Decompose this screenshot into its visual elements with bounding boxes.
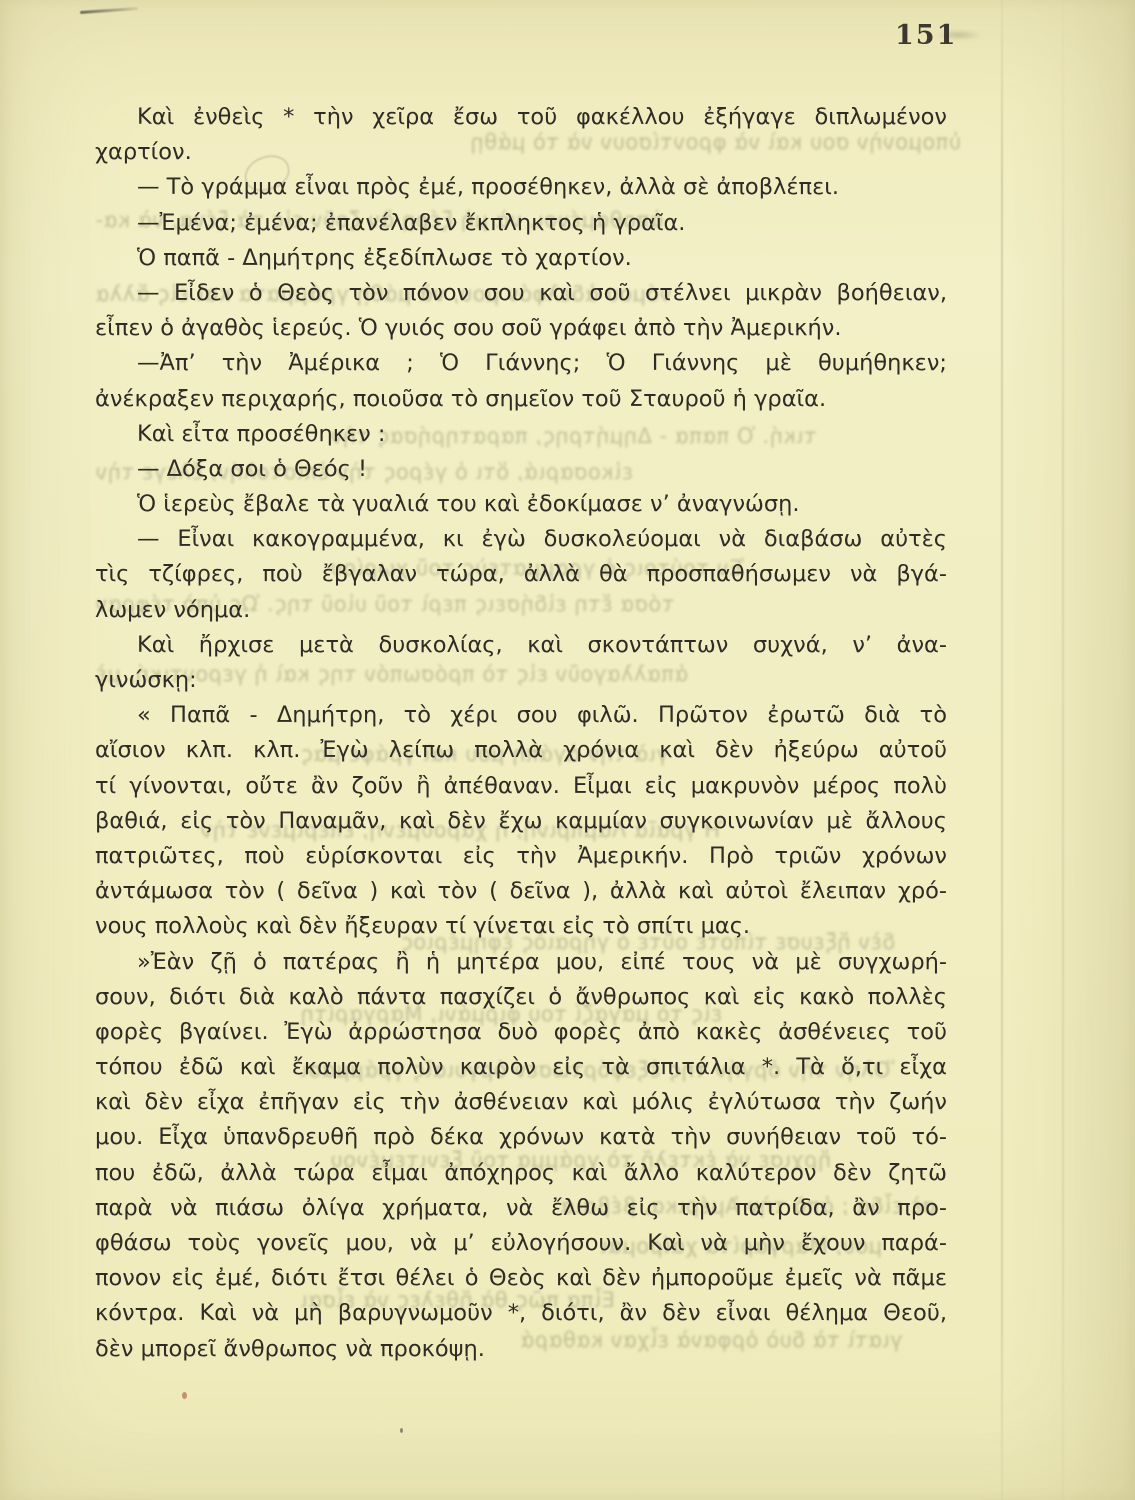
text-line: λωμεν νόημα. [95,593,947,628]
text-line: Καὶ εἶτα προσέθηκεν : [95,417,947,452]
text-line: ἀντάμωσα τὸν ( δεῖνα ) καὶ τὸν ( δεῖνα )… [95,874,947,909]
text-line: βαθιά, εἰς τὸν Παναμᾶν, καὶ δὲν ἔχω καμμ… [95,804,947,839]
text-line: τὶς τζίφρες, ποὺ ἔβγαλαν τώρα, ἀλλὰ θὰ π… [95,557,947,592]
text-line: νους πολλοὺς καὶ δὲν ἤξευραν τί γίνεται … [95,909,947,944]
text-line: πατριῶτες, ποὺ εὑρίσκονται εἰς τὴν Ἀμερι… [95,839,947,874]
dust-speck [400,1428,403,1433]
text-line: Ὁ ἱερεὺς ἔβαλε τὰ γυαλιά του καὶ ἐδοκίμα… [95,487,947,522]
pencil-mark [80,7,138,14]
text-line: »Ἐὰν ζῇ ὁ πατέρας ἢ ἡ μητέρα μου, εἰπέ τ… [95,945,947,980]
text-line: χαρτίον. [95,135,947,170]
text-line: Καὶ ἤρχισε μετὰ δυσκολίας, καὶ σκοντάπτω… [95,628,947,663]
body-text: Καὶ ἐνθεὶς * τὴν χεῖρα ἔσω τοῦ φακέλλου … [95,100,947,1367]
scanned-book-page: ὑπομονὴν σου καὶ νὰ φροντίσουν νὰ τὸ μάθ… [0,0,1135,1500]
text-line: — Τὸ γράμμα εἶναι πρὸς ἐμέ, προσέθηκεν, … [95,170,947,205]
text-line: εἶπεν ὁ ἀγαθὸς ἱερεύς. Ὁ γυιός σου σοῦ γ… [95,311,947,346]
text-line: Ὁ παπᾶ - Δημήτρης ἐξεδίπλωσε τὸ χαρτίον. [95,241,947,276]
text-line: κόντρα. Καὶ νὰ μὴ βαρυγνωμοῦν *, διότι, … [95,1296,947,1331]
text-line: μου. Εἶχα ὑπανδρευθῆ πρὸ δέκα χρόνων κατ… [95,1120,947,1155]
text-line: —Ἀπ’ τὴν Ἀμέρικα ; Ὁ Γιάννης; Ὁ Γιάννης … [95,346,947,381]
text-line: —Ἐμένα; ἐμένα; ἐπανέλαβεν ἔκπληκτος ἡ γρ… [95,206,947,241]
paper-crease [1062,0,1064,1500]
text-line: « Παπᾶ - Δημήτρη, τὸ χέρι σου φιλῶ. Πρῶτ… [95,698,947,733]
text-line: φθάσω τοὺς γονεῖς μου, νὰ μ’ εὐλογήσουν.… [95,1226,947,1261]
paper-crease [1001,0,1003,1500]
text-line: πονον εἰς ἐμέ, διότι ἔτσι θέλει ὁ Θεὸς κ… [95,1261,947,1296]
text-line: Καὶ ἐνθεὶς * τὴν χεῖρα ἔσω τοῦ φακέλλου … [95,100,947,135]
text-line: ἀνέκραξεν περιχαρής, ποιοῦσα τὸ σημεῖον … [95,382,947,417]
text-line: παρὰ νὰ πιάσω ὀλίγα χρήματα, νὰ ἔλθω εἰς… [95,1191,947,1226]
text-line: δὲν μπορεῖ ἄνθρωπος νὰ προκόψῃ. [95,1332,947,1367]
text-line: γινώσκῃ: [95,663,947,698]
text-line: φορὲς βγαίνει. Ἐγὼ ἀρρώστησα δυὸ φορὲς ἀ… [95,1015,947,1050]
text-line: καὶ δὲν εἶχα ἐπῆγαν εἰς τὴν ἀσθένειαν κα… [95,1085,947,1120]
text-line: — Εἶδεν ὁ Θεὸς τὸν πόνον σου καὶ σοῦ στέ… [95,276,947,311]
page-number: 151 [895,20,957,51]
text-line: αἴσιον κλπ. κλπ. Ἐγὼ λείπω πολλὰ χρόνια … [95,733,947,768]
text-line: — Εἶναι κακογραμμένα, κι ἐγὼ δυσκολεύομα… [95,522,947,557]
ink-speck [182,1392,187,1399]
text-line: που ἐδῶ, ἀλλὰ τώρα εἶμαι ἀπόχηρος καὶ ἄλ… [95,1156,947,1191]
text-line: — Δόξα σοι ὁ Θεός ! [95,452,947,487]
text-line: τόπου ἐδῶ καὶ ἔκαμα πολὺν καιρὸν εἰς τὰ … [95,1050,947,1085]
text-line: σουν, διότι διὰ καλὸ πάντα πασχίζει ὁ ἄν… [95,980,947,1015]
text-line: τί γίνονται, οὔτε ἂν ζοῦν ἢ ἀπέθαναν. Εἶ… [95,769,947,804]
